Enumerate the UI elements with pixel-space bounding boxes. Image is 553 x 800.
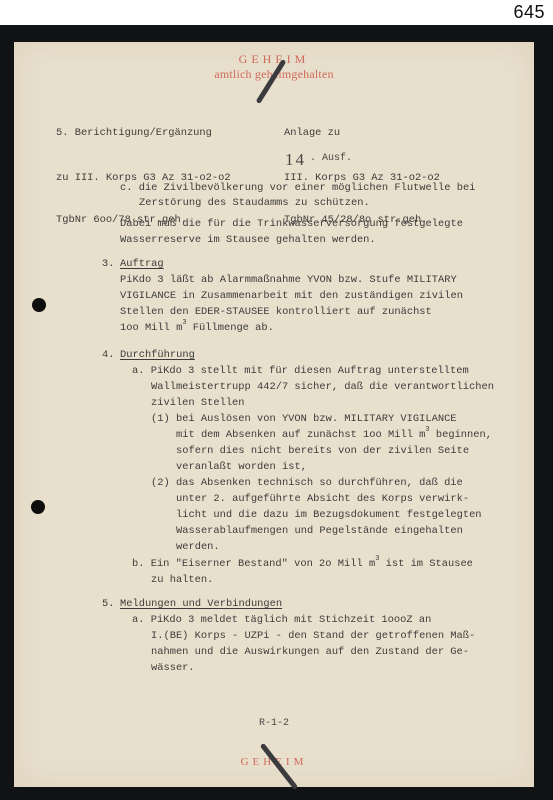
section-3-line: PiKdo 3 läßt ab Alarmmaßnahme YVON bzw. … <box>120 274 457 286</box>
classification-stamp: GEHEIM <box>14 52 534 67</box>
text-segment: b. Ein "Eiserner Bestand" von 2o Mill m <box>132 558 375 570</box>
copy-number: 14. Ausf. <box>285 150 352 170</box>
reference-block-left: 5. Berichtigung/Ergänzung zu III. Korps … <box>56 98 231 255</box>
section-4b-line: b. Ein "Eiserner Bestand" von 2o Mill m3… <box>132 558 473 570</box>
text-segment: ist im Stausee <box>379 558 473 570</box>
archive-page-number: 645 <box>513 2 545 23</box>
paragraph-line: Dabei muß die für die Trinkwasserversorg… <box>120 218 463 230</box>
section-4b-line: zu halten. <box>151 574 213 586</box>
section-4a2-line: (2) das Absenken technisch so durchführe… <box>151 477 463 489</box>
page-code: R-1-2 <box>14 718 534 729</box>
section-5a-line: I.(BE) Korps - UZPi - den Stand der getr… <box>151 630 475 642</box>
punch-hole <box>31 500 45 514</box>
section-4a1-line: veranlaßt worden ist, <box>176 461 307 473</box>
item-c-line: c. die Zivilbevölkerung vor einer möglic… <box>120 182 475 194</box>
text-segment: mit dem Absenken auf zunächst 1oo Mill m <box>176 429 425 441</box>
section-5-heading: Meldungen und Verbindungen <box>120 598 282 610</box>
section-3-line: VIGILANCE in Zusammenarbeit mit den zust… <box>120 290 463 302</box>
reference-right-title: Anlage zu <box>284 126 440 140</box>
document-page: GEHEIM amtlich geheimgehalten 5. Bericht… <box>14 42 534 787</box>
item-c-line: Zerstörung des Staudamms zu schützen. <box>139 197 370 209</box>
text-segment: beginnen, <box>430 429 492 441</box>
section-4a1-line: sofern dies nicht bereits von der zivile… <box>176 445 469 457</box>
reference-block-right: Anlage zu III. Korps G3 Az 31-o2-o2 TgbN… <box>284 98 440 255</box>
text-segment: Füllmenge ab. <box>187 322 274 334</box>
section-4a2-line: licht und die dazu im Bezugsdokument fes… <box>176 509 482 521</box>
text-segment: 1oo Mill m <box>120 322 182 334</box>
section-3-heading: Auftrag <box>120 258 164 270</box>
punch-hole <box>32 298 46 312</box>
section-4a1-line: mit dem Absenken auf zunächst 1oo Mill m… <box>176 429 492 441</box>
section-4a2-line: Wasserablaufmengen und Pegelstände einge… <box>176 525 463 537</box>
section-4-number: 4. <box>102 349 114 361</box>
copy-number-value: 14 <box>285 150 306 169</box>
section-5a-line: a. PiKdo 3 meldet täglich mit Stichzeit … <box>132 614 431 626</box>
section-5a-line: nahmen und die Auswirkungen auf den Zust… <box>151 646 469 658</box>
section-3-line: Stellen den EDER-STAUSEE kontrolliert au… <box>120 306 432 318</box>
superscript: 3 <box>425 426 429 434</box>
copy-number-label: . Ausf. <box>310 153 352 164</box>
superscript: 3 <box>182 319 186 327</box>
section-3-number: 3. <box>102 258 114 270</box>
section-3-line: 1oo Mill m3 Füllmenge ab. <box>120 322 274 334</box>
superscript: 3 <box>375 555 379 563</box>
section-4a-line: zivilen Stellen <box>151 397 245 409</box>
section-5a-line: wässer. <box>151 662 195 674</box>
section-4a1-line: (1) bei Auslösen von YVON bzw. MILITARY … <box>151 413 457 425</box>
section-4-heading: Durchführung <box>120 349 195 361</box>
section-5-number: 5. <box>102 598 114 610</box>
reference-left-title: 5. Berichtigung/Ergänzung <box>56 126 231 140</box>
section-4a2-line: unter 2. aufgeführte Absicht des Korps v… <box>176 493 469 505</box>
section-4a2-line: werden. <box>176 541 220 553</box>
section-4a-line: Wallmeistertrupp 442/7 sicher, daß die v… <box>151 381 494 393</box>
section-4a-line: a. PiKdo 3 stellt mit für diesen Auftrag… <box>132 365 469 377</box>
paragraph-line: Wasserreserve im Stausee gehalten werden… <box>120 234 376 246</box>
